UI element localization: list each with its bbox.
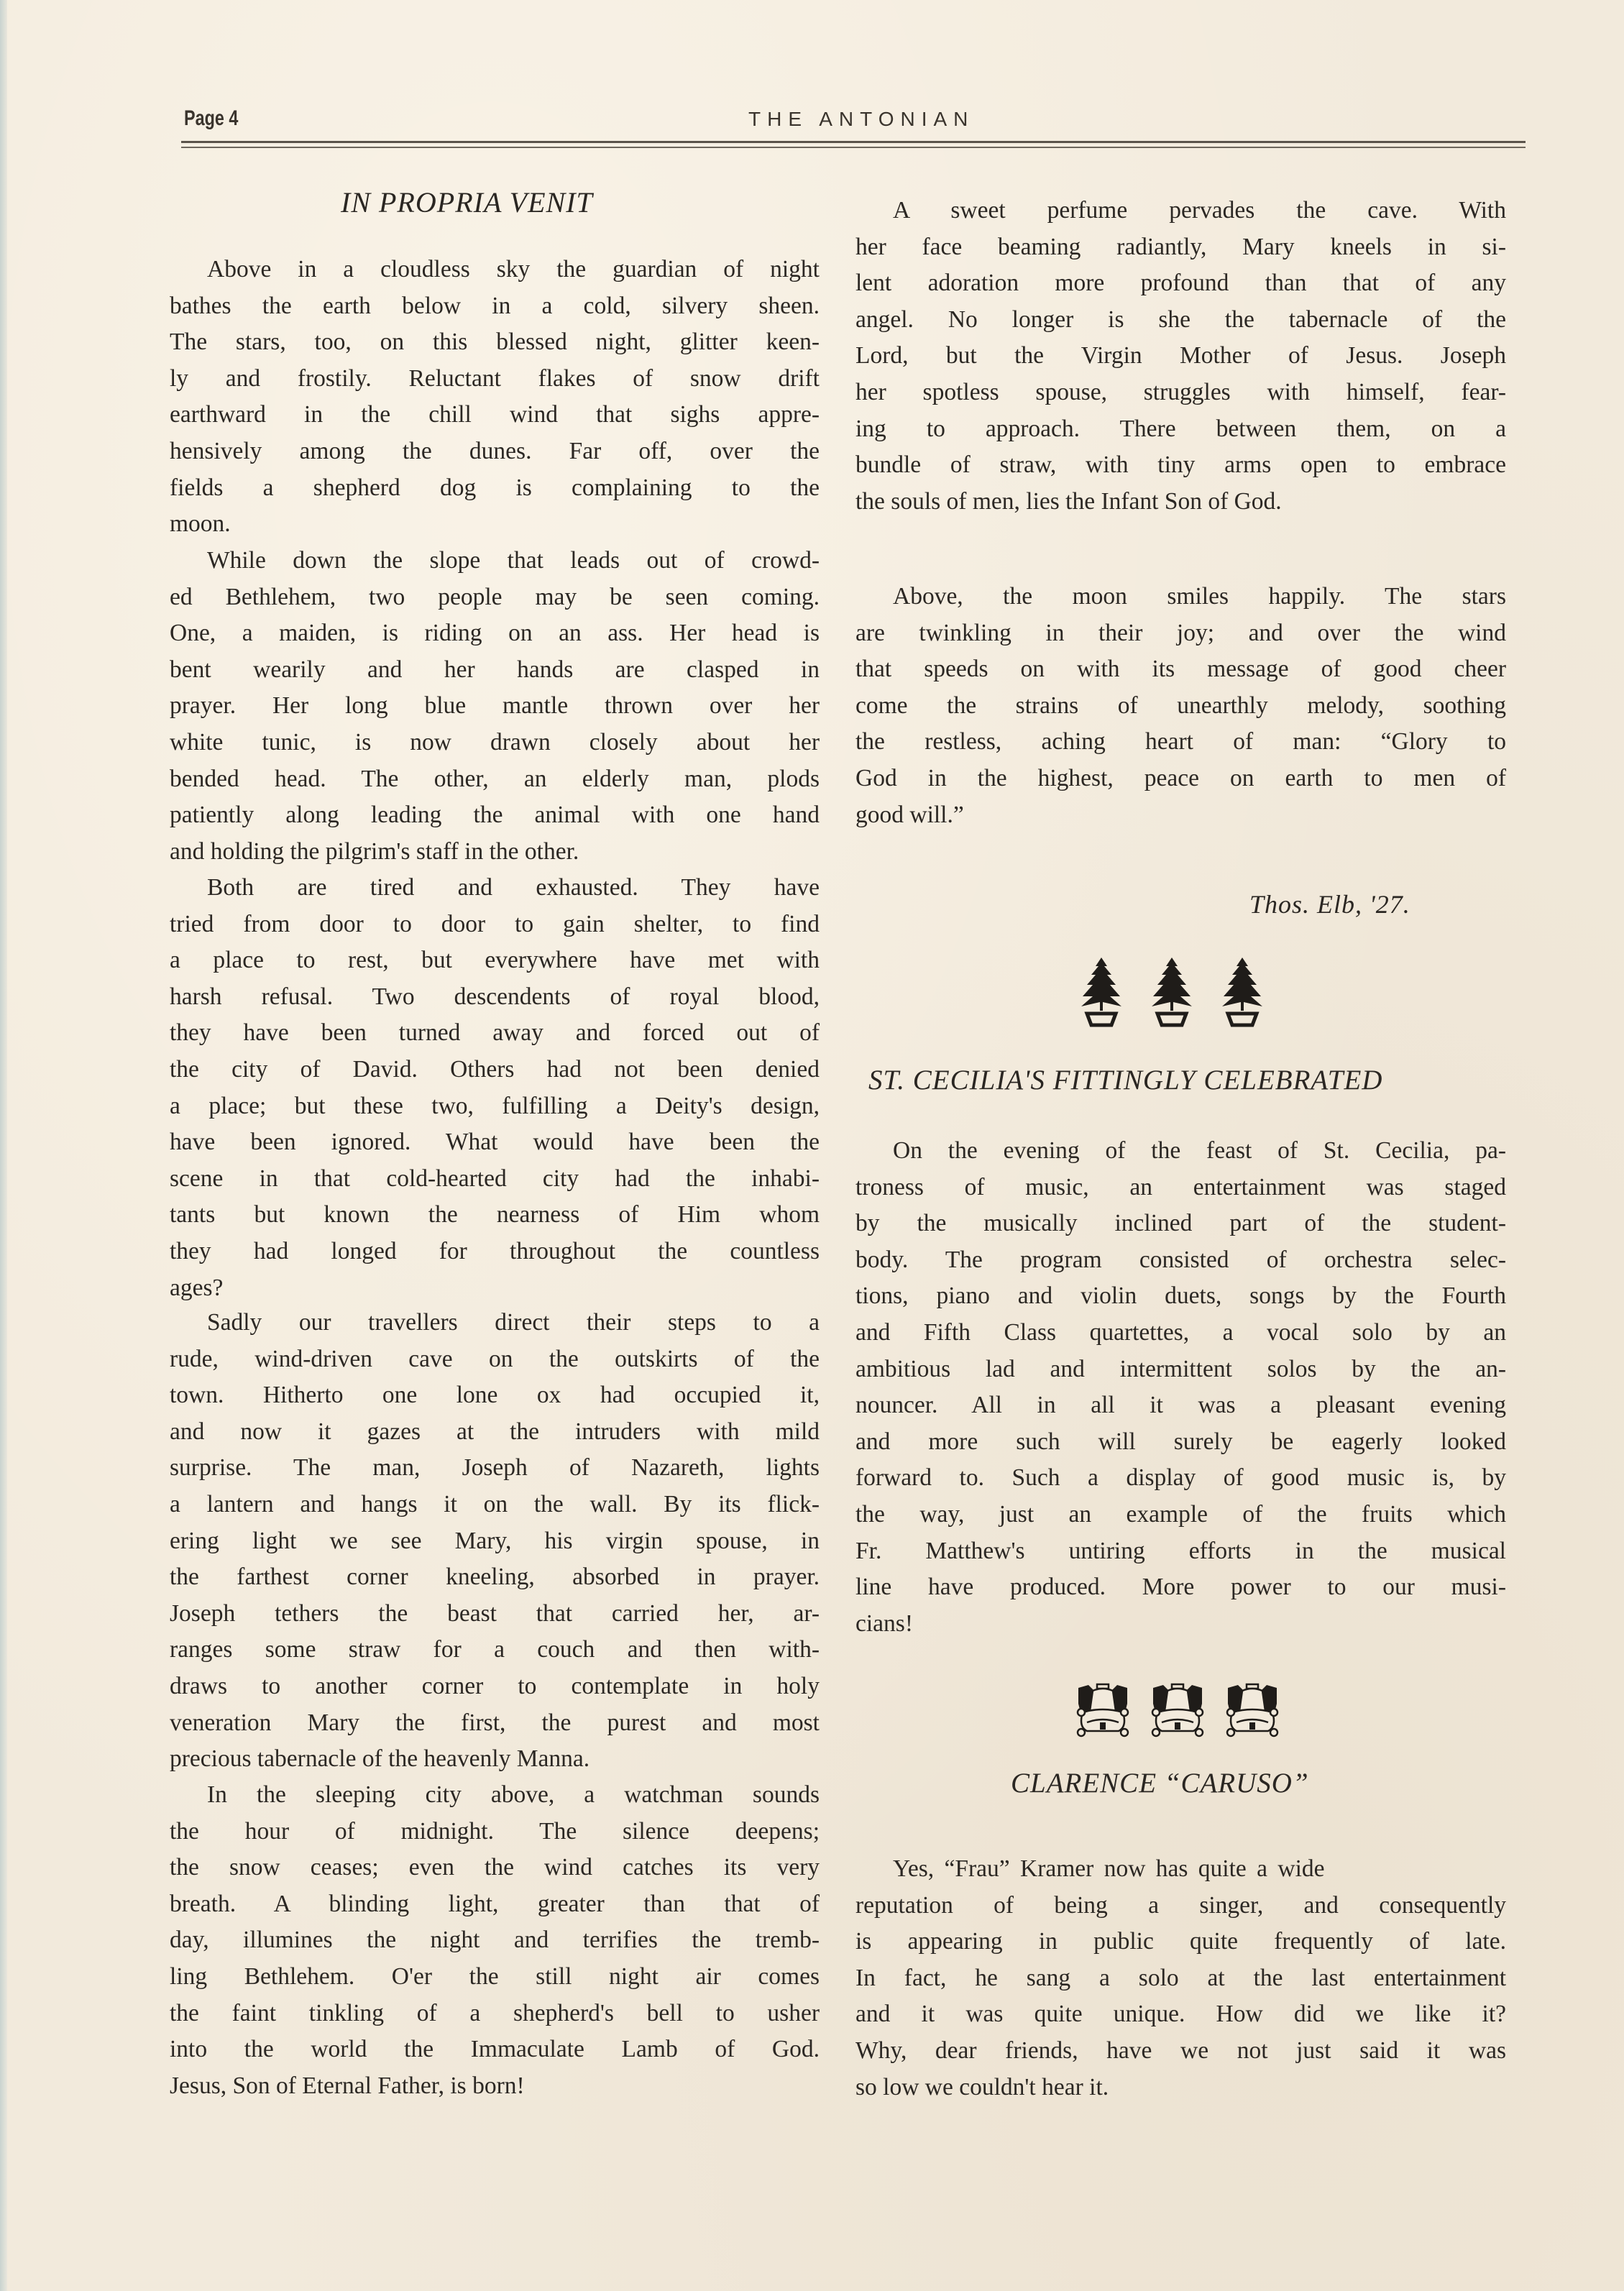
header-rule-secondary [181, 147, 1526, 148]
text-line: Why, dear friends, have we not just said… [855, 2033, 1506, 2070]
text-line: Sadly our travellers direct their steps … [170, 1305, 820, 1341]
text-line: and it was quite unique. How did we like… [855, 1996, 1506, 2033]
text-line: a place; but these two, fulfilling a Dei… [170, 1088, 820, 1125]
text-line: lent adoration more profound than that o… [855, 265, 1506, 302]
text-line: harsh refusal. Two descendents of royal … [170, 979, 820, 1016]
text-line: A sweet perfume pervades the cave. With [855, 193, 1506, 229]
text-line: While down the slope that leads out of c… [170, 543, 820, 579]
article1-paragraph-6: A sweet perfume pervades the cave. With … [855, 193, 1506, 520]
text-line: rude, wind-driven cave on the outskirts … [170, 1341, 820, 1378]
text-line: body. The program consisted of orchestra… [855, 1242, 1506, 1279]
text-line: tried from door to door to gain shelter,… [170, 906, 820, 943]
text-line: ed Bethlehem, two people may be seen com… [170, 579, 820, 616]
author-signature: Thos. Elb, '27. [1249, 889, 1410, 919]
text-line: ing to approach. There between them, on … [855, 411, 1506, 448]
text-line: they had longed for throughout the count… [170, 1234, 820, 1270]
publication-title: THE ANTONIAN [748, 108, 974, 131]
christmas-tree-icon [1078, 956, 1124, 1028]
text-line: bent wearily and her hands are clasped i… [170, 652, 820, 689]
text-line: town. Hitherto one lone ox had occupied … [170, 1377, 820, 1414]
running-head: Page 4 THE ANTONIAN [184, 106, 1514, 150]
article1-paragraph-5: In the sleeping city above, a watchman s… [170, 1777, 820, 2104]
text-line: ly and frostily. Reluctant flakes of sno… [170, 361, 820, 398]
text-line: Yes, “Frau” Kramer now has quite a wide [855, 1851, 1506, 1888]
text-line: Fr. Matthew's untiring efforts in the mu… [855, 1533, 1506, 1570]
text-line: and now it gazes at the intruders with m… [170, 1414, 820, 1451]
text-line: Above in a cloudless sky the guardian of… [170, 252, 820, 288]
text-line: Above, the moon smiles happily. The star… [855, 579, 1506, 615]
text-line: surprise. The man, Joseph of Nazareth, l… [170, 1450, 820, 1487]
article2-paragraph-1: On the evening of the feast of St. Cecil… [855, 1133, 1506, 1642]
text-line: moon. [170, 506, 820, 543]
text-line: good will.” [855, 797, 1506, 834]
text-line: In fact, he sang a solo at the last ente… [855, 1960, 1506, 1997]
text-line: ling Bethlehem. O'er the still night air… [170, 1959, 820, 1996]
text-line: reputation of being a singer, and conseq… [855, 1888, 1506, 1924]
article1-paragraph-7: Above, the moon smiles happily. The star… [855, 579, 1506, 833]
text-line: The stars, too, on this blessed night, g… [170, 324, 820, 361]
article-title-st-cecilia: ST. CECILIA'S FITTINGLY CELEBRATED [868, 1064, 1382, 1096]
text-line: have been ignored. What would have been … [170, 1124, 820, 1161]
text-line: her face beaming radiantly, Mary kneels … [855, 229, 1506, 266]
article3-paragraph-1: Yes, “Frau” Kramer now has quite a wide … [855, 1851, 1506, 2106]
text-line: forward to. Such a display of good music… [855, 1460, 1506, 1497]
text-line: they have been turned away and forced ou… [170, 1015, 820, 1052]
text-line: by the musically inclined part of the st… [855, 1206, 1506, 1242]
bell-icon [1075, 1682, 1130, 1738]
header-rule [181, 141, 1526, 143]
text-line: bathes the earth below in a cold, silver… [170, 288, 820, 325]
text-line: On the evening of the feast of St. Cecil… [855, 1133, 1506, 1170]
text-line: and holding the pilgrim's staff in the o… [170, 834, 820, 871]
text-line: ages? [170, 1270, 820, 1307]
bell-icon [1225, 1682, 1280, 1738]
text-line: bended head. The other, an elderly man, … [170, 761, 820, 798]
text-line: the restless, aching heart of man: “Glor… [855, 724, 1506, 761]
text-line: a lantern and hangs it on the wall. By i… [170, 1487, 820, 1523]
text-line: and more such will surely be eagerly loo… [855, 1424, 1506, 1461]
text-line: the way, just an example of the fruits w… [855, 1497, 1506, 1533]
christmas-tree-icon [1149, 956, 1195, 1028]
text-line: and Fifth Class quartettes, a vocal solo… [855, 1315, 1506, 1351]
text-line: fields a shepherd dog is complaining to … [170, 470, 820, 507]
page-number: Page 4 [184, 106, 238, 131]
text-line: nouncer. All in all it was a pleasant ev… [855, 1387, 1506, 1424]
bell-ornament-row [1075, 1682, 1280, 1738]
text-line: tants but known the nearness of Him whom [170, 1197, 820, 1234]
text-line: ranges some straw for a couch and then w… [170, 1632, 820, 1668]
article-title-in-propria-venit: IN PROPRIA VENIT [341, 185, 593, 219]
text-line: angel. No longer is she the tabernacle o… [855, 302, 1506, 339]
text-line: into the world the Immaculate Lamb of Go… [170, 2031, 820, 2068]
text-line: scene in that cold-hearted city had the … [170, 1161, 820, 1198]
article1-paragraph-2: While down the slope that leads out of c… [170, 543, 820, 870]
text-line: so low we couldn't hear it. [855, 2070, 1506, 2106]
text-line: are twinkling in their joy; and over the… [855, 615, 1506, 652]
text-line: the farthest corner kneeling, absorbed i… [170, 1559, 820, 1596]
text-line: patiently along leading the animal with … [170, 797, 820, 834]
article1-paragraph-1: Above in a cloudless sky the guardian of… [170, 252, 820, 543]
text-line: that speeds on with its message of good … [855, 651, 1506, 688]
text-line: earthward in the chill wind that sighs a… [170, 397, 820, 433]
christmas-tree-icon [1219, 956, 1265, 1028]
scan-edge [0, 0, 7, 2291]
article1-paragraph-3: Both are tired and exhausted. They have … [170, 870, 820, 1306]
text-line: One, a maiden, is riding on an ass. Her … [170, 615, 820, 652]
text-line: ering light we see Mary, his virgin spou… [170, 1523, 820, 1560]
text-line: breath. A blinding light, greater than t… [170, 1886, 820, 1923]
text-line: the hour of midnight. The silence deepen… [170, 1814, 820, 1850]
text-line: hensively among the dunes. Far off, over… [170, 433, 820, 470]
text-line: In the sleeping city above, a watchman s… [170, 1777, 820, 1814]
text-line: prayer. Her long blue mantle thrown over… [170, 688, 820, 725]
article1-paragraph-4: Sadly our travellers direct their steps … [170, 1305, 820, 1778]
text-line: is appearing in public quite frequently … [855, 1924, 1506, 1960]
text-line: Jesus, Son of Eternal Father, is born! [170, 2068, 820, 2105]
text-line: Lord, but the Virgin Mother of Jesus. Jo… [855, 338, 1506, 375]
text-line: white tunic, is now drawn closely about … [170, 725, 820, 761]
text-line: day, illumines the night and terrifies t… [170, 1922, 820, 1959]
christmas-tree-ornament-row [1078, 956, 1265, 1028]
text-line: Both are tired and exhausted. They have [170, 870, 820, 906]
text-line: the city of David. Others had not been d… [170, 1052, 820, 1088]
text-line: tions, piano and violin duets, songs by … [855, 1278, 1506, 1315]
text-line: veneration Mary the first, the purest an… [170, 1705, 820, 1742]
text-line: God in the highest, peace on earth to me… [855, 761, 1506, 797]
bell-icon [1150, 1682, 1205, 1738]
text-line: line have produced. More power to our mu… [855, 1569, 1506, 1606]
text-line: troness of music, an entertainment was s… [855, 1170, 1506, 1206]
text-line: the souls of men, lies the Infant Son of… [855, 484, 1506, 520]
text-line: bundle of straw, with tiny arms open to … [855, 447, 1506, 484]
text-line: her spotless spouse, struggles with hims… [855, 375, 1506, 411]
text-line: the snow ceases; even the wind catches i… [170, 1850, 820, 1886]
text-line: come the strains of unearthly melody, so… [855, 688, 1506, 725]
text-line: precious tabernacle of the heavenly Mann… [170, 1741, 820, 1778]
text-line: a place to rest, but everywhere have met… [170, 942, 820, 979]
text-line: Joseph tethers the beast that carried he… [170, 1596, 820, 1633]
text-line: cians! [855, 1606, 1506, 1643]
text-line: draws to another corner to contemplate i… [170, 1668, 820, 1705]
article-title-clarence-caruso: CLARENCE “CARUSO” [1011, 1767, 1309, 1799]
text-line: the faint tinkling of a shepherd's bell … [170, 1996, 820, 2032]
text-line: ambitious lad and intermittent solos by … [855, 1351, 1506, 1388]
